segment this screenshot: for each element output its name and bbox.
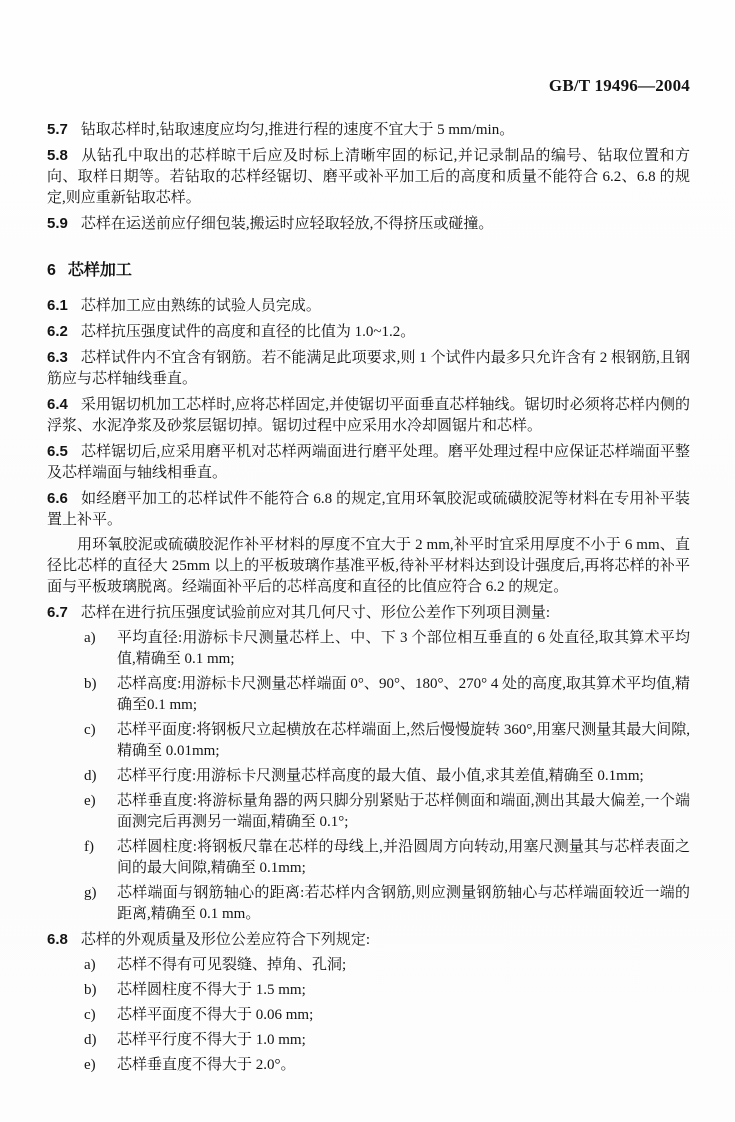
clause-6-4: 6.4采用锯切机加工芯样时,应将芯样固定,并使锯切平面垂直芯样轴线。锯切时必须将…	[47, 394, 690, 437]
clause-number: 6.8	[47, 931, 68, 948]
list-item-6-8-d: d)芯样平行度不得大于 1.0 mm;	[47, 1030, 690, 1051]
list-item-6-8-c: c)芯样平面度不得大于 0.06 mm;	[47, 1005, 690, 1026]
clause-text: 从钻孔中取出的芯样晾干后应及时标上清晰牢固的标记,并记录制品的编号、钻取位置和方…	[47, 148, 690, 206]
clause-number: 5.8	[47, 147, 68, 164]
clause-number: 5.9	[47, 215, 68, 232]
item-label: b)	[84, 980, 117, 1001]
clause-number: 6.5	[47, 443, 68, 460]
clause-text: 如经磨平加工的芯样试件不能符合 6.8 的规定,宜用环氧胶泥或硫磺胶泥等材料在专…	[47, 491, 690, 528]
item-text: 芯样圆柱度不得大于 1.5 mm;	[117, 980, 690, 1001]
clause-text: 芯样的外观质量及形位公差应符合下列规定:	[81, 932, 370, 948]
clause-6-1: 6.1芯样加工应由熟练的试验人员完成。	[47, 295, 690, 317]
item-text: 芯样平行度:用游标卡尺测量芯样高度的最大值、最小值,求其差值,精确至 0.1mm…	[117, 766, 690, 787]
clause-6-5: 6.5芯样锯切后,应采用磨平机对芯样两端面进行磨平处理。磨平处理过程中应保证芯样…	[47, 441, 690, 484]
list-item-6-7-e: e)芯样垂直度:将游标量角器的两只脚分别紧贴于芯样侧面和端面,测出其最大偏差,一…	[47, 791, 690, 833]
section-heading-6: 6芯样加工	[47, 260, 690, 281]
clause-text: 芯样在运送前应仔细包装,搬运时应轻取轻放,不得挤压或碰撞。	[81, 216, 494, 232]
item-text: 芯样端面与钢筋轴心的距离:若芯样内含钢筋,则应测量钢筋轴心与芯样端面较近一端的距…	[117, 883, 690, 925]
section-number: 6	[47, 262, 56, 279]
section-title: 芯样加工	[68, 262, 132, 279]
list-item-6-7-g: g)芯样端面与钢筋轴心的距离:若芯样内含钢筋,则应测量钢筋轴心与芯样端面较近一端…	[47, 883, 690, 925]
list-item-6-7-f: f)芯样圆柱度:将钢板尺靠在芯样的母线上,并沿圆周方向转动,用塞尺测量其与芯样表…	[47, 837, 690, 879]
item-text: 芯样不得有可见裂缝、掉角、孔洞;	[117, 955, 690, 976]
clause-text: 芯样加工应由熟练的试验人员完成。	[81, 298, 321, 314]
item-label: g)	[84, 883, 117, 925]
item-text: 芯样高度:用游标卡尺测量芯样端面 0°、90°、180°、270° 4 处的高度…	[117, 674, 690, 716]
list-item-6-8-a: a)芯样不得有可见裂缝、掉角、孔洞;	[47, 955, 690, 976]
clause-5-8: 5.8从钻孔中取出的芯样晾干后应及时标上清晰牢固的标记,并记录制品的编号、钻取位…	[47, 145, 690, 209]
item-label: d)	[84, 1030, 117, 1051]
clause-number: 6.3	[47, 349, 68, 366]
list-item-6-7-a: a)平均直径:用游标卡尺测量芯样上、中、下 3 个部位相互垂直的 6 处直径,取…	[47, 628, 690, 670]
document-page: GB/T 19496—2004 5.7钻取芯样时,钻取速度应均匀,推进行程的速度…	[0, 0, 735, 1122]
clause-6-8: 6.8芯样的外观质量及形位公差应符合下列规定:	[47, 929, 690, 951]
item-text: 芯样平行度不得大于 1.0 mm;	[117, 1030, 690, 1051]
clause-5-9: 5.9芯样在运送前应仔细包装,搬运时应轻取轻放,不得挤压或碰撞。	[47, 213, 690, 235]
list-item-6-7-b: b)芯样高度:用游标卡尺测量芯样端面 0°、90°、180°、270° 4 处的…	[47, 674, 690, 716]
clause-number: 5.7	[47, 121, 68, 138]
clause-number: 6.4	[47, 396, 68, 413]
item-text: 芯样平面度:将钢板尺立起横放在芯样端面上,然后慢慢旋转 360°,用塞尺测量其最…	[117, 720, 690, 762]
list-item-6-7-c: c)芯样平面度:将钢板尺立起横放在芯样端面上,然后慢慢旋转 360°,用塞尺测量…	[47, 720, 690, 762]
clause-6-6: 6.6如经磨平加工的芯样试件不能符合 6.8 的规定,宜用环氧胶泥或硫磺胶泥等材…	[47, 488, 690, 531]
clause-5-7: 5.7钻取芯样时,钻取速度应均匀,推进行程的速度不宜大于 5 mm/min。	[47, 119, 690, 141]
clause-text: 采用锯切机加工芯样时,应将芯样固定,并使锯切平面垂直芯样轴线。锯切时必须将芯样内…	[47, 397, 690, 434]
clause-number: 6.6	[47, 490, 68, 507]
clause-text: 芯样锯切后,应采用磨平机对芯样两端面进行磨平处理。磨平处理过程中应保证芯样端面平…	[47, 444, 690, 481]
standard-number: GB/T 19496—2004	[47, 76, 690, 96]
item-label: e)	[84, 791, 117, 833]
clause-number: 6.2	[47, 323, 68, 340]
document-body: 5.7钻取芯样时,钻取速度应均匀,推进行程的速度不宜大于 5 mm/min。 5…	[47, 119, 690, 1076]
item-text: 平均直径:用游标卡尺测量芯样上、中、下 3 个部位相互垂直的 6 处直径,取其算…	[117, 628, 690, 670]
item-label: c)	[84, 1005, 117, 1026]
clause-text: 钻取芯样时,钻取速度应均匀,推进行程的速度不宜大于 5 mm/min。	[81, 122, 514, 138]
item-text: 芯样垂直度不得大于 2.0°。	[117, 1055, 690, 1076]
item-label: a)	[84, 628, 117, 670]
clause-number: 6.1	[47, 297, 68, 314]
clause-6-3: 6.3芯样试件内不宜含有钢筋。若不能满足此项要求,则 1 个试件内最多只允许含有…	[47, 347, 690, 390]
item-text: 芯样圆柱度:将钢板尺靠在芯样的母线上,并沿圆周方向转动,用塞尺测量其与芯样表面之…	[117, 837, 690, 879]
item-label: f)	[84, 837, 117, 879]
item-text: 芯样垂直度:将游标量角器的两只脚分别紧贴于芯样侧面和端面,测出其最大偏差,一个端…	[117, 791, 690, 833]
clause-text: 芯样试件内不宜含有钢筋。若不能满足此项要求,则 1 个试件内最多只允许含有 2 …	[47, 350, 690, 387]
item-text: 芯样平面度不得大于 0.06 mm;	[117, 1005, 690, 1026]
clause-6-7: 6.7芯样在进行抗压强度试验前应对其几何尺寸、形位公差作下列项目测量:	[47, 602, 690, 624]
clause-text: 芯样在进行抗压强度试验前应对其几何尺寸、形位公差作下列项目测量:	[81, 605, 550, 621]
list-item-6-7-d: d)芯样平行度:用游标卡尺测量芯样高度的最大值、最小值,求其差值,精确至 0.1…	[47, 766, 690, 787]
clause-number: 6.7	[47, 604, 68, 621]
item-label: e)	[84, 1055, 117, 1076]
item-label: c)	[84, 720, 117, 762]
clause-text: 芯样抗压强度试件的高度和直径的比值为 1.0~1.2。	[81, 324, 415, 340]
list-item-6-8-e: e)芯样垂直度不得大于 2.0°。	[47, 1055, 690, 1076]
paragraph-leveling-material: 用环氧胶泥或硫磺胶泥作补平材料的厚度不宜大于 2 mm,补平时宜采用厚度不小于 …	[47, 535, 690, 598]
item-label: d)	[84, 766, 117, 787]
list-item-6-8-b: b)芯样圆柱度不得大于 1.5 mm;	[47, 980, 690, 1001]
item-label: b)	[84, 674, 117, 716]
clause-6-2: 6.2芯样抗压强度试件的高度和直径的比值为 1.0~1.2。	[47, 321, 690, 343]
item-label: a)	[84, 955, 117, 976]
